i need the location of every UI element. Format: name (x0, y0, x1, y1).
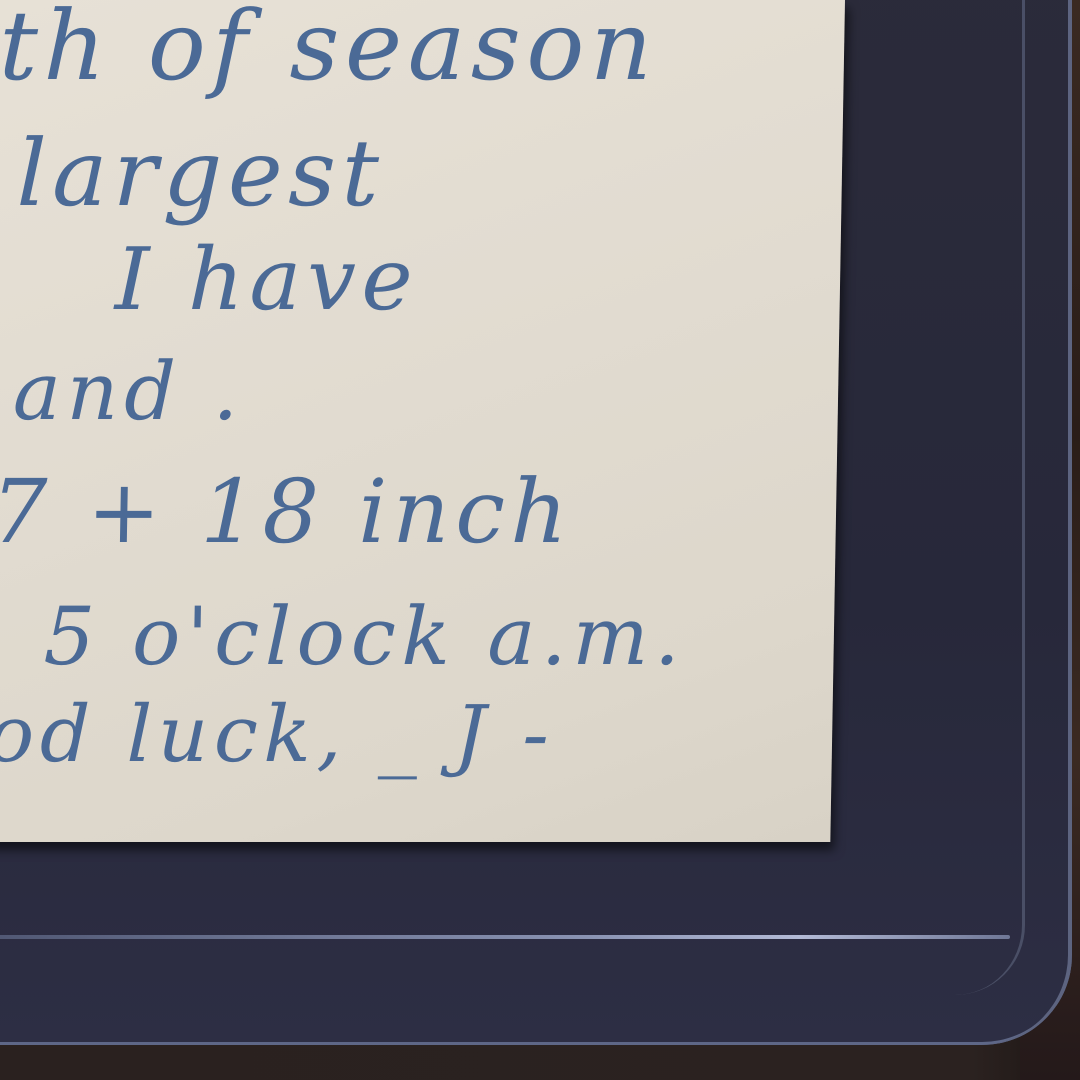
note-line-6: 5 o'clock a.m. (43, 590, 687, 683)
note-line-5: 7 + 18 inch (0, 460, 574, 563)
sleeve-bottom-ridge (0, 935, 1010, 939)
note-line-4: and . (12, 345, 245, 438)
note-line-1: th of season (0, 0, 659, 102)
note-line-3: I have (114, 230, 419, 330)
handwritten-note-card: th of season largest I have and . 7 + 18… (0, 0, 845, 842)
note-line-7: od luck, _ J - (0, 690, 556, 780)
note-line-2: largest (16, 120, 386, 227)
